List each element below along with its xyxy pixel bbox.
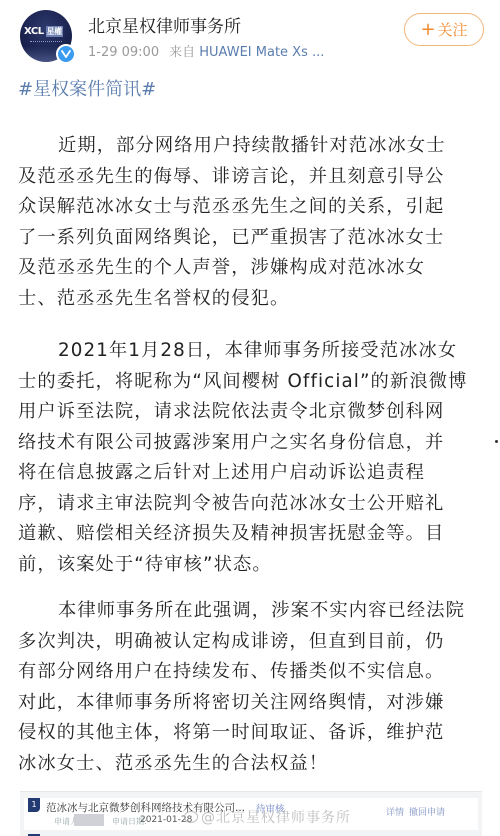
applicant-redacted: [74, 814, 104, 826]
text-line: 冰冰女士、范丞丞先生的合法权益！: [18, 749, 465, 780]
text-line: 了一系列负面网络舆论，已严重损害了范冰冰女士: [18, 223, 446, 254]
paragraph-3: 本律师事务所在此强调，涉案不实内容已经法院 多次判决，明确被认定构成诽谤，但直到…: [18, 596, 465, 779]
text-line: 序，请求主审法院判令被告向范冰冰女士公开赔礼: [18, 489, 467, 520]
text-line: 前，该案处于“待审核”状态。: [18, 550, 467, 581]
text-line: 用户诉至法院，请求法院依法责令北京微梦创科网: [18, 397, 467, 428]
watermark: @北京星权律师事务所: [184, 807, 351, 827]
avatar-decoration: [30, 41, 62, 43]
text-line: 对此，本律师事务所将密切关注网络舆情，对涉嫌: [18, 688, 465, 719]
avatar-logo: XCL星權: [24, 26, 68, 38]
post-header: XCL星權 北京星权律师事务所 1-29 09:00来自 HUAWEI Mate…: [0, 0, 500, 70]
scroll-dot: [495, 440, 498, 443]
text-line: 及范丞丞先生的侮辱、诽谤言论，并且刻意引导公: [18, 162, 446, 193]
text-line: 有部分网络用户在持续发布、传播类似不实信息。: [18, 657, 465, 688]
text-line: 本律师事务所在此强调，涉案不实内容已经法院: [18, 596, 465, 627]
case-detail-link: 详情: [386, 805, 404, 818]
text-line: 侵权的其他主体，将第一时间取证、备诉，维护范: [18, 718, 465, 749]
text-line: 众误解范冰冰女士与范丞丞先生之间的关系，引起: [18, 192, 446, 223]
follow-label: 关注: [438, 19, 468, 40]
text-line: 士的委托，将昵称为“风间樱树 Official”的新浪微博: [18, 367, 467, 398]
text-line: 多次判决，明确被认定构成诽谤，但直到目前，仍: [18, 627, 465, 658]
text-line: 络技术有限公司披露涉案用户之实名身份信息，并: [18, 428, 467, 459]
source-label: 来自: [169, 45, 195, 60]
text-line: 2021年1月28日，本律师事务所接受范冰冰女: [18, 336, 467, 367]
text-line: 士、范丞丞先生名誉权的侵犯。: [18, 284, 446, 315]
text-line: 道歉、赔偿相关经济损失及精神损害抚慰金等。目: [18, 519, 467, 550]
follow-button[interactable]: + 关注: [404, 13, 484, 46]
post-time: 1-29 09:00: [88, 45, 159, 60]
source-device[interactable]: HUAWEI Mate Xs ...: [199, 45, 324, 60]
post-meta: 1-29 09:00来自 HUAWEI Mate Xs ...: [88, 41, 324, 60]
verified-badge-icon: [56, 44, 76, 64]
weibo-logo-icon: [184, 811, 198, 823]
paragraph-1: 近期，部分网络用户持续散播针对范冰冰女士 及范丞丞先生的侮辱、诽谤言论，并且刻意…: [18, 131, 446, 314]
author-name[interactable]: 北京星权律师事务所: [88, 12, 241, 37]
plus-icon: +: [420, 21, 435, 39]
text-line: 及范丞丞先生的个人声誉，涉嫌构成对范冰冰女: [18, 253, 446, 284]
case-withdraw-link: 撤回申请: [409, 805, 445, 818]
text-line: 将在信息披露之后针对上述用户启动诉讼追责程: [18, 458, 467, 489]
case-index-badge: 1: [28, 798, 40, 812]
paragraph-2: 2021年1月28日，本律师事务所接受范冰冰女 士的委托，将昵称为“风间樱树 O…: [18, 336, 467, 580]
text-line: 近期，部分网络用户持续散播针对范冰冰女士: [18, 131, 446, 162]
hashtag-link[interactable]: #星权案件简讯#: [18, 75, 156, 101]
